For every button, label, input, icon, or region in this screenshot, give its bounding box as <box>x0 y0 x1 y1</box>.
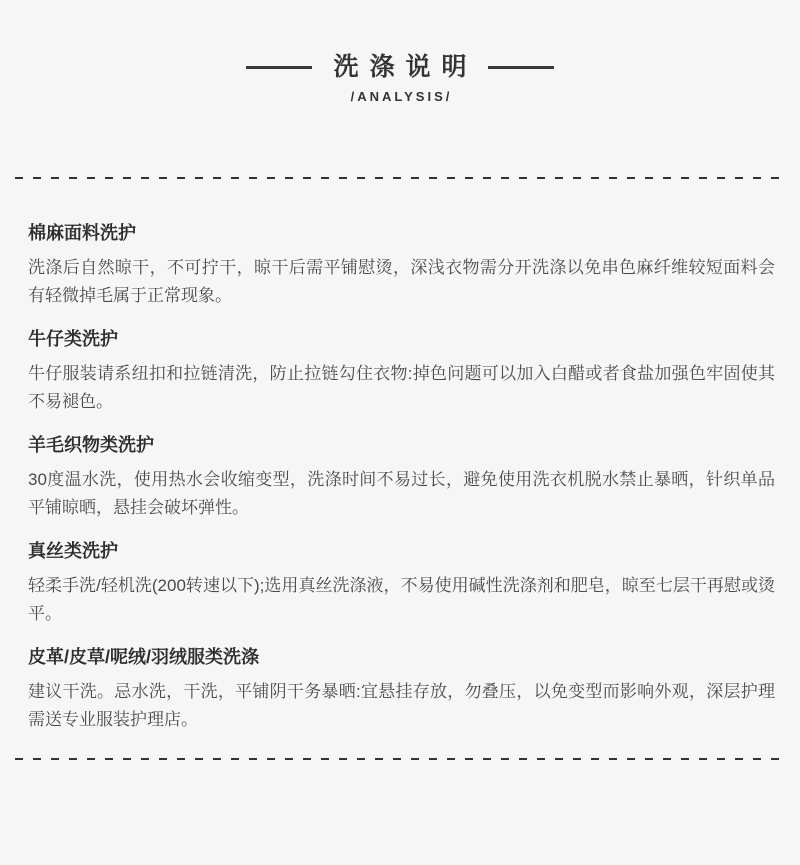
section-heading: 牛仔类洗护 <box>28 327 775 352</box>
section-cotton-linen: 棉麻面料洗护 洗涤后自然晾干，不可拧干，晾干后需平铺慰烫，深浅衣物需分开洗涤以免… <box>28 221 775 310</box>
care-instructions-content: 棉麻面料洗护 洗涤后自然晾干，不可拧干，晾干后需平铺慰烫，深浅衣物需分开洗涤以免… <box>0 179 800 734</box>
section-body: 建议干洗。忌水洗，干洗，平铺阴干务暴晒:宜悬挂存放，勿叠压，以免变型而影响外观，… <box>28 678 775 734</box>
section-body: 轻柔手洗/轻机洗(200转速以下);选用真丝洗涤液，不易使用碱性洗涤剂和肥皂，晾… <box>28 572 775 628</box>
page-title: 洗涤说明 <box>322 52 477 82</box>
title-decoration-line-right <box>488 66 554 69</box>
dashed-divider-bottom <box>15 758 785 760</box>
section-body: 30度温水洗，使用热水会收缩变型，洗涤时间不易过长，避免使用洗衣机脱水禁止暴晒，… <box>28 466 775 522</box>
section-body: 牛仔服装请系纽扣和拉链清洗，防止拉链勾住衣物:掉色问题可以加入白醋或者食盐加强色… <box>28 360 775 416</box>
section-heading: 真丝类洗护 <box>28 539 775 564</box>
section-silk: 真丝类洗护 轻柔手洗/轻机洗(200转速以下);选用真丝洗涤液，不易使用碱性洗涤… <box>28 539 775 628</box>
section-wool: 羊毛织物类洗护 30度温水洗，使用热水会收缩变型，洗涤时间不易过长，避免使用洗衣… <box>28 433 775 522</box>
section-body: 洗涤后自然晾干，不可拧干，晾干后需平铺慰烫，深浅衣物需分开洗涤以免串色麻纤维较短… <box>28 254 775 310</box>
care-instructions-header: 洗涤说明 /ANALYSIS/ <box>0 0 800 104</box>
section-leather-fur-down: 皮革/皮草/呢绒/羽绒服类洗涤 建议干洗。忌水洗，干洗，平铺阴干务暴晒:宜悬挂存… <box>28 645 775 734</box>
section-heading: 羊毛织物类洗护 <box>28 433 775 458</box>
section-denim: 牛仔类洗护 牛仔服装请系纽扣和拉链清洗，防止拉链勾住衣物:掉色问题可以加入白醋或… <box>28 327 775 416</box>
section-heading: 皮革/皮草/呢绒/羽绒服类洗涤 <box>28 645 775 670</box>
title-row: 洗涤说明 <box>0 52 800 82</box>
section-heading: 棉麻面料洗护 <box>28 221 775 246</box>
title-decoration-line-left <box>246 66 312 69</box>
page-subtitle: /ANALYSIS/ <box>0 89 800 104</box>
